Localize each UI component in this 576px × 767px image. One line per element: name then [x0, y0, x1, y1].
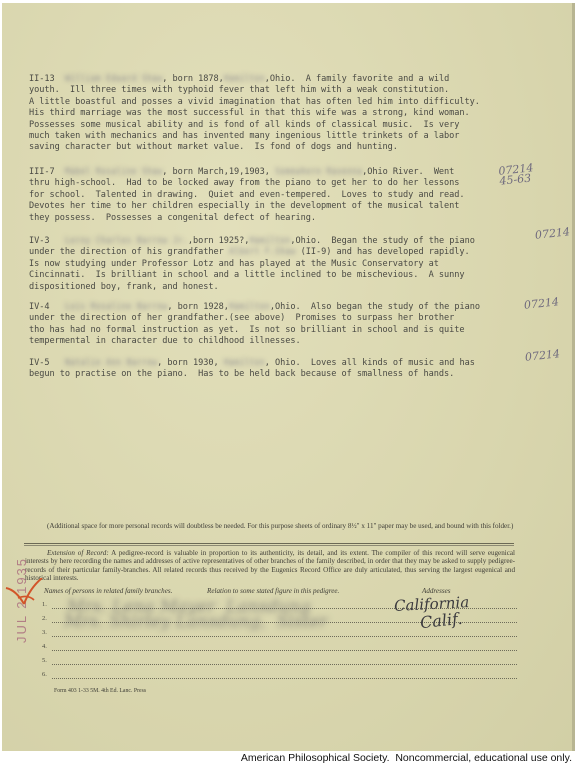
entry-line-number: 5.: [42, 657, 47, 664]
record-line: youth. Ill three times with typhoid feve…: [29, 85, 539, 96]
record-text: , Ohio. Loves all kinds of music and has: [265, 358, 475, 368]
entry-line-rule: [52, 664, 517, 665]
handwritten-margin-note: 07214 45-63: [498, 163, 535, 187]
entry-line-number: 3.: [42, 629, 47, 636]
column-header-names: Names of persons in related family branc…: [44, 587, 172, 595]
redacted-text: Hamilton: [224, 358, 265, 368]
redacted-text: Hamilton: [224, 74, 265, 84]
record-line: thru high-school. Had to be locked away …: [29, 178, 539, 189]
record-text: , born 1928,: [167, 302, 229, 312]
record-text: ,Ohio River. Went: [362, 167, 454, 177]
record-line: III-7 Mabel Rosaline Shaw, born March,19…: [29, 167, 539, 178]
record-text: under the direction of his grandfather: [29, 247, 229, 257]
record-line: begun to practise on the piano. Has to b…: [29, 369, 539, 380]
record-text: ,born 1925?,: [188, 236, 250, 246]
handwritten-margin-note: 07214: [524, 297, 560, 311]
divider-rule: [24, 543, 514, 544]
record-line: Devotes her time to her children especia…: [29, 201, 539, 212]
record-text: , born 1878,: [162, 74, 224, 84]
record-text: III-7: [29, 167, 65, 177]
record-line: IV-5 Natalie Ann Barrow, born 1930, Hami…: [29, 358, 539, 369]
record-text: IV-3: [29, 236, 65, 246]
redacted-text: Albert F.Shaw: [229, 247, 296, 257]
column-header-relation: Relation to some stated figure in this p…: [207, 587, 339, 595]
additional-space-note: (Additional space for more personal reco…: [25, 522, 525, 530]
check-mark-icon: [4, 578, 44, 608]
record-text: ,Ohio. Began the study of the piano: [290, 236, 474, 246]
entry-2-address: Calif.: [419, 609, 463, 632]
entry-line-number: 4.: [42, 643, 47, 650]
redacted-text: Mabel Rosaline Shaw: [65, 167, 162, 177]
record-iv-3: IV-3 Leroy Charles Barrow Jr.,born 1925?…: [29, 236, 539, 293]
redacted-text: Natalie Ann Barrow: [65, 358, 157, 368]
entry-line-number: 6.: [42, 671, 47, 678]
record-text: , born 1930,: [157, 358, 224, 368]
record-line: IV-3 Leroy Charles Barrow Jr.,born 1925?…: [29, 236, 539, 247]
entry-line-rule: [52, 650, 517, 651]
record-line: A little boastful and posses a vivid ima…: [29, 97, 539, 108]
record-iii-7: III-7 Mabel Rosaline Shaw, born March,19…: [29, 167, 539, 224]
record-line: tho has had no formal instruction as yet…: [29, 325, 539, 336]
record-text: , born March,19,1903,: [162, 167, 275, 177]
record-line: tempermental in character due to childho…: [29, 336, 539, 347]
handwritten-margin-note: 07214: [535, 227, 571, 241]
record-line: dispositioned boy, frank, and honest.: [29, 282, 539, 293]
entry-2-name-redacted: Mrs. Shirley Lansdung, Sister: [64, 612, 328, 632]
entry-line-number: 2.: [42, 615, 47, 622]
record-line: under the direction of her grandfather.(…: [29, 313, 539, 324]
entry-line-rule: [52, 678, 517, 679]
record-text: (II-9) and has developed rapidly.: [295, 247, 469, 257]
record-line: for school. Talented in drawing. Quiet a…: [29, 190, 539, 201]
redacted-text: Somewhere Ravenna: [275, 167, 362, 177]
record-text: ,Ohio. A family favorite and a wild: [265, 74, 449, 84]
redacted-text: Hamilton: [249, 236, 290, 246]
record-text: ,Ohio. Also began the study of the piano: [270, 302, 480, 312]
record-text: IV-4: [29, 302, 65, 312]
attribution-footer: American Philosophical Society. Noncomme…: [241, 752, 572, 764]
record-line: much taken with mechanics and has invent…: [29, 131, 539, 142]
record-line: Cincinnati. Is brilliant in school and a…: [29, 270, 539, 281]
record-line: IV-4 Lois Rosaline Barrow, born 1928,Ham…: [29, 302, 539, 313]
record-line: Possesses some musical ability and is fo…: [29, 120, 539, 131]
entry-line-rule: [52, 636, 517, 637]
redacted-text: Leroy Charles Barrow Jr.: [65, 236, 188, 246]
record-ii-13: II-13 William Edward Shaw, born 1878,Ham…: [29, 74, 539, 154]
record-line: II-13 William Edward Shaw, born 1878,Ham…: [29, 74, 539, 85]
record-line: under the direction of his grandfather A…: [29, 247, 539, 258]
record-text: IV-5: [29, 358, 65, 368]
form-number: Form 403 1-33 5M. 4th Ed. Lanc. Press: [54, 687, 146, 695]
record-text: II-13: [29, 74, 65, 84]
record-line: saving character but without market valu…: [29, 142, 539, 153]
redacted-text: William Edward Shaw: [65, 74, 162, 84]
record-line: Is now studying under Professor Lotz and…: [29, 259, 539, 270]
record-line: they possess. Possesses a congenital def…: [29, 213, 539, 224]
document-page: II-13 William Edward Shaw, born 1878,Ham…: [2, 3, 575, 751]
redacted-text: Hamilton: [229, 302, 270, 312]
redacted-text: Lois Rosaline Barrow: [65, 302, 167, 312]
handwritten-margin-note: 07214: [525, 349, 561, 363]
record-iv-4: IV-4 Lois Rosaline Barrow, born 1928,Ham…: [29, 302, 539, 348]
extension-of-record: Extension of Record: A pedigree-record i…: [25, 549, 515, 583]
record-line: His third marriage was the most successf…: [29, 108, 539, 119]
extension-title: Extension of Record:: [47, 549, 109, 557]
record-iv-5: IV-5 Natalie Ann Barrow, born 1930, Hami…: [29, 358, 539, 381]
